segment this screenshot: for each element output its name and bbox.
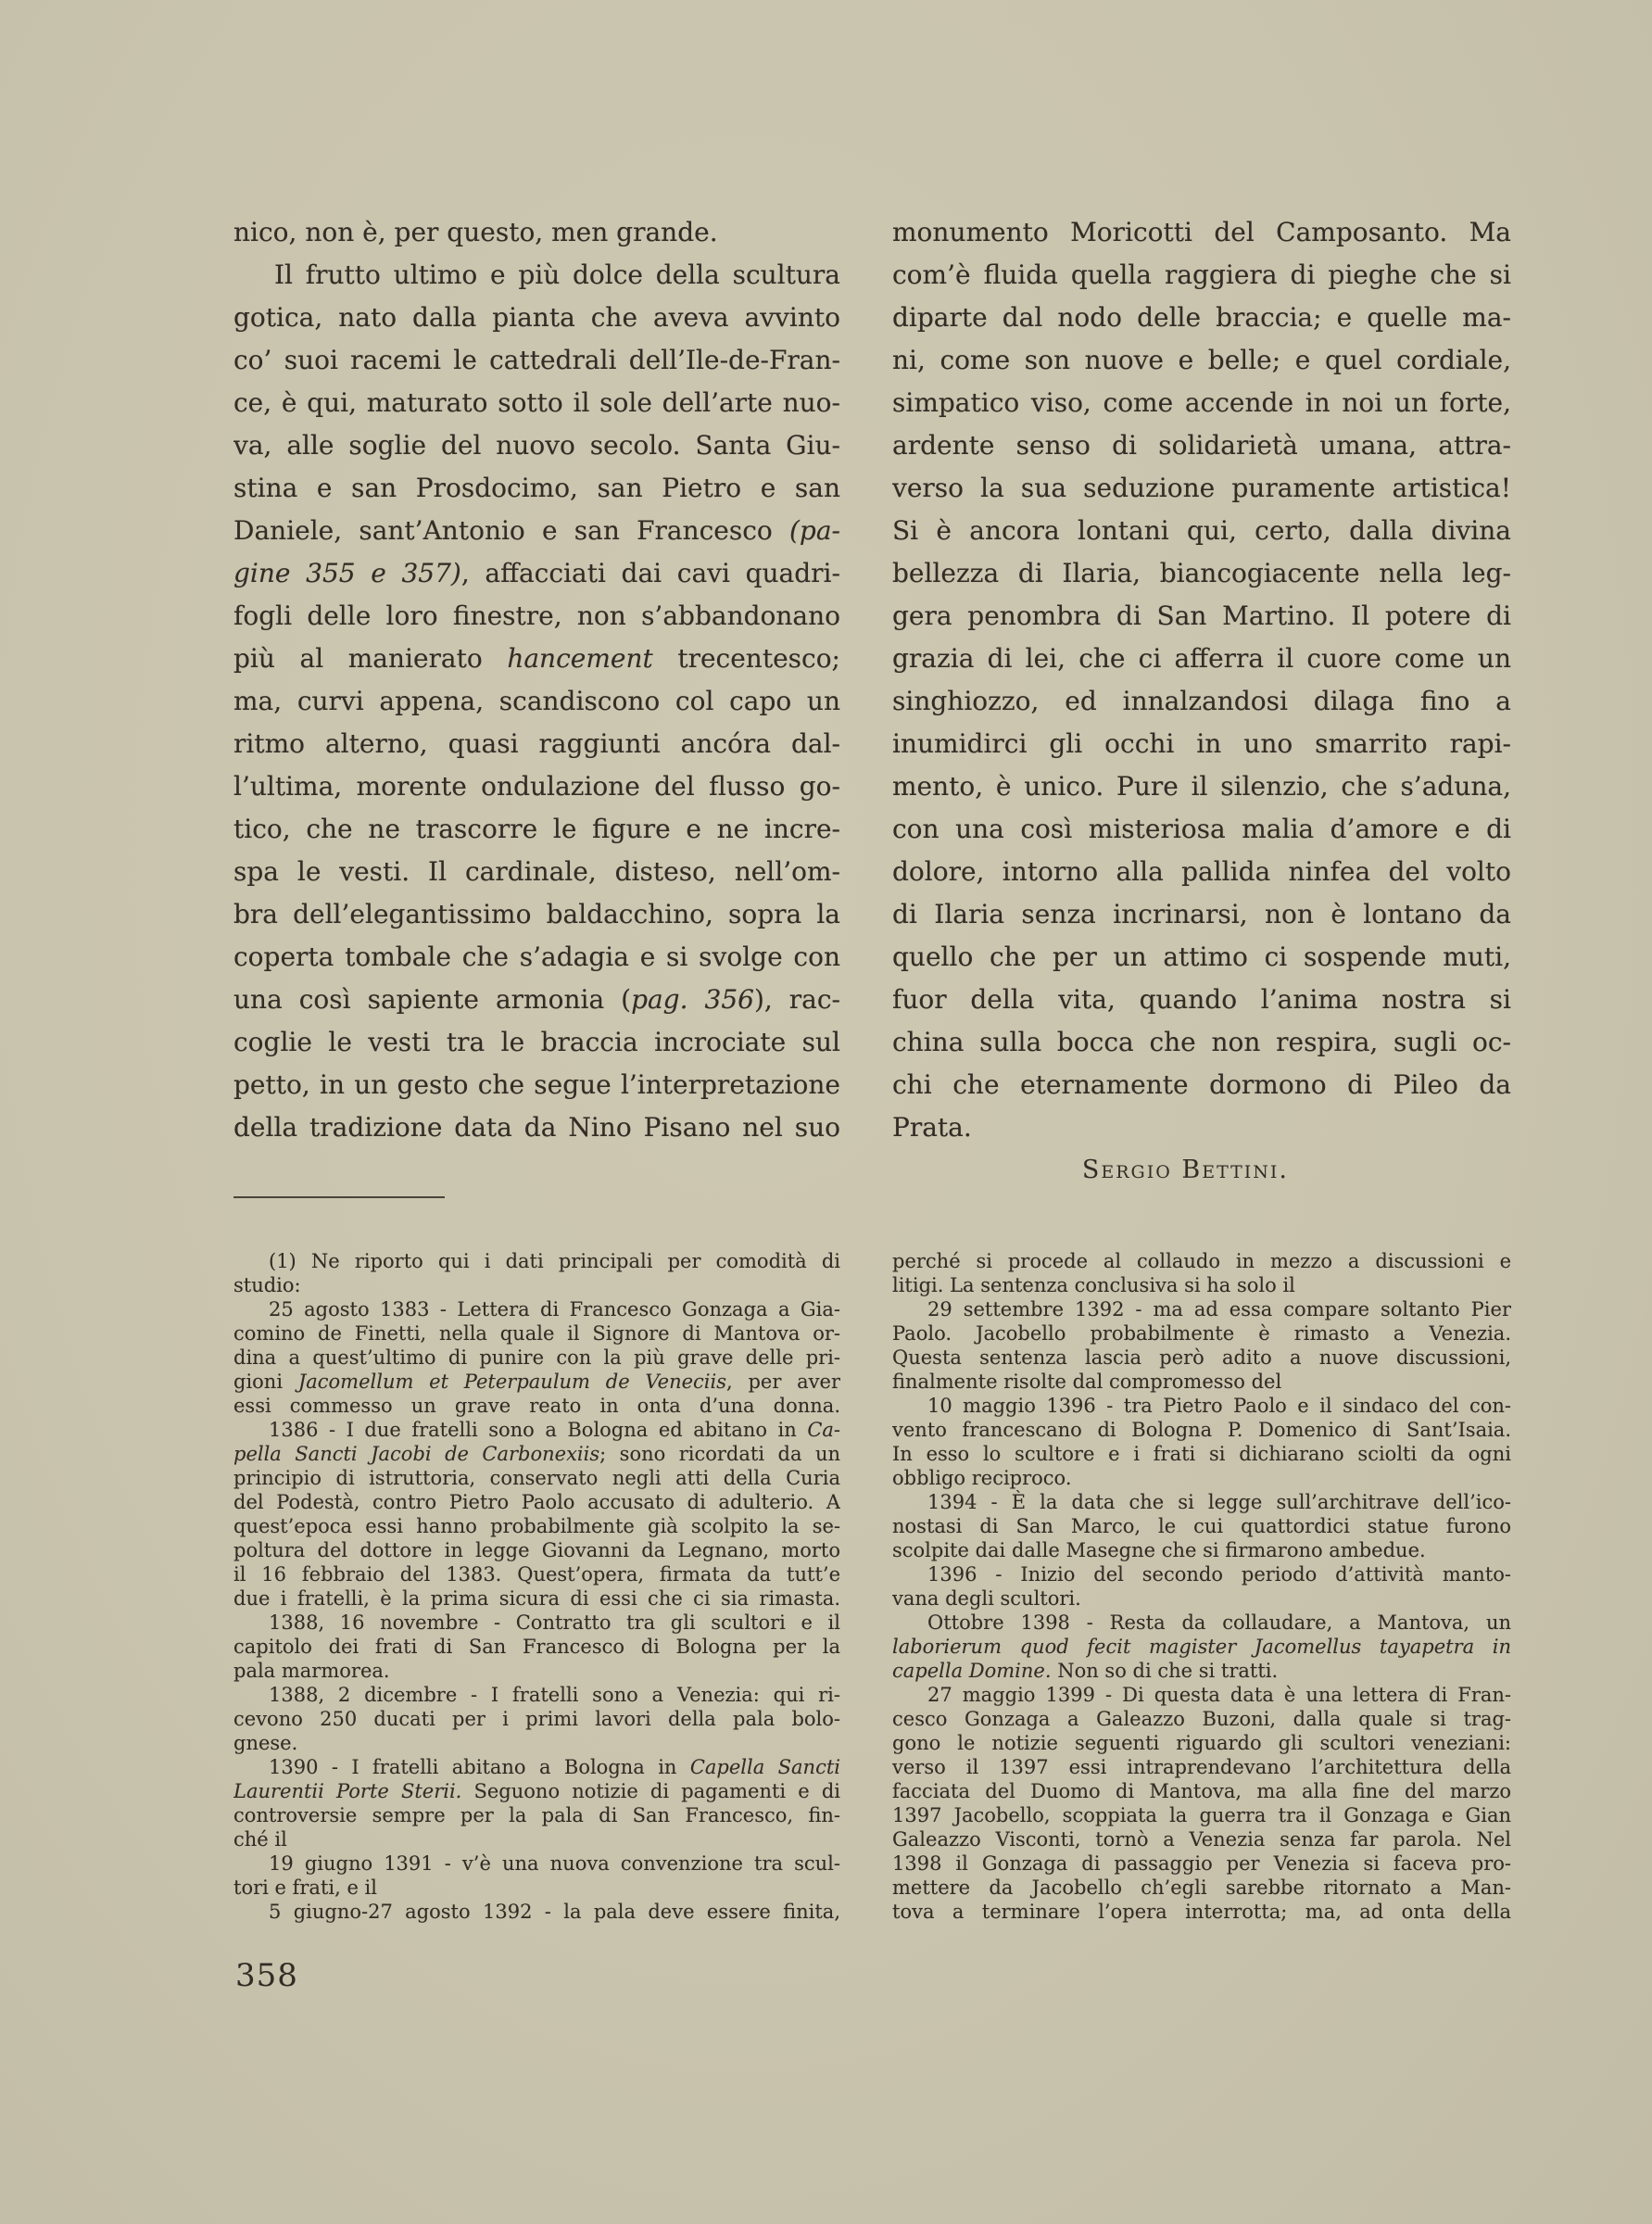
text-segment: Si è ancora lontani qui, certo, dalla di…: [892, 515, 1511, 546]
text-segment: mento, è unico. Pure il silenzio, che s’…: [892, 771, 1511, 802]
text-line: gine 355 e 357), affacciati dai cavi qua…: [233, 552, 840, 595]
text-line: Laurentii Porte Sterii. Seguono notizie …: [233, 1779, 840, 1803]
text-line: Questa sentenza lascia però adito a nuov…: [892, 1346, 1511, 1370]
text-segment: Non so di che si tratti.: [1052, 1660, 1279, 1682]
italic-text: Laurentii Porte Sterii.: [233, 1780, 461, 1802]
text-line: laborierum quod fecit magister Jacomellu…: [892, 1635, 1511, 1659]
text-segment: dolore, intorno alla pallida ninfea del …: [892, 856, 1511, 887]
text-segment: grazia di lei, che ci afferra il cuore c…: [892, 643, 1511, 674]
text-line: il 16 febbraio del 1383. Quest’opera, fi…: [233, 1562, 840, 1586]
italic-text: pag. 356: [631, 984, 754, 1015]
text-segment: tori e frati, e il: [233, 1876, 377, 1899]
text-line: 1394 - È la data che si legge sull’archi…: [892, 1490, 1511, 1514]
text-segment: chi che eternamente dormono di Pileo da: [892, 1069, 1511, 1100]
text-line: ni, come son nuove e belle; e quel cordi…: [892, 339, 1511, 382]
text-line: quello che per un attimo ci sospende mut…: [892, 936, 1511, 979]
text-line: ma, curvi appena, scandiscono col capo u…: [233, 680, 840, 723]
text-line: comino de Finetti, nella quale il Signor…: [233, 1321, 840, 1346]
text-segment: vento francescano di Bologna P. Domenico…: [892, 1419, 1511, 1441]
text-segment: poltura del dottore in legge Giovanni da…: [233, 1539, 840, 1561]
text-line: grazia di lei, che ci afferra il cuore c…: [892, 638, 1511, 680]
text-segment: quello che per un attimo ci sospende mut…: [892, 941, 1511, 972]
text-segment: finalmente risolte dal compromesso del: [892, 1371, 1281, 1393]
text-segment: l’ultima, morente ondulazione del flusso…: [233, 771, 840, 802]
text-line: tori e frati, e il: [233, 1876, 840, 1900]
text-line: ce, è qui, maturato sotto il sole dell’a…: [233, 382, 840, 424]
text-line: ritmo alterno, quasi raggiunti ancóra da…: [233, 723, 840, 765]
text-segment: litigi. La sentenza conclusiva si ha sol…: [892, 1274, 1295, 1296]
text-line: Si è ancora lontani qui, certo, dalla di…: [892, 510, 1511, 552]
text-line: 1398 il Gonzaga di passaggio per Venezia…: [892, 1851, 1511, 1876]
text-segment: coperta tombale che s’adagia e si svolge…: [233, 941, 840, 972]
text-line: va, alle soglie del nuovo secolo. Santa …: [233, 424, 840, 467]
text-segment: comino de Finetti, nella quale il Signor…: [233, 1322, 840, 1345]
text-line: due i fratelli, è la prima sicura di ess…: [233, 1586, 840, 1611]
text-segment: 1397 Jacobello, scoppiata la guerra tra …: [892, 1804, 1511, 1826]
text-segment: fogli delle loro finestre, non s’abbando…: [233, 600, 840, 631]
text-segment: ; sono ricordati da un: [599, 1443, 840, 1465]
text-segment: il 16 febbraio del 1383. Quest’opera, fi…: [233, 1563, 840, 1586]
italic-text: capella Domine.: [892, 1660, 1052, 1682]
text-line: cesco Gonzaga a Galeazzo Buzoni, dalla q…: [892, 1707, 1511, 1731]
text-line: dina a quest’ultimo di punire con la più…: [233, 1346, 840, 1370]
text-line: spa le vesti. Il cardinale, disteso, nel…: [233, 851, 840, 893]
text-line: inumidirci gli occhi in uno smarrito rap…: [892, 723, 1511, 765]
footnote-rule: [233, 1196, 445, 1198]
text-segment: scolpite dai dalle Masegne che si firmar…: [892, 1539, 1426, 1561]
text-segment: studio:: [233, 1274, 301, 1296]
text-segment: con una così misteriosa malia d’amore e …: [892, 814, 1511, 844]
text-segment: china sulla bocca che non respira, sugli…: [892, 1027, 1511, 1057]
text-line: del Podestà, contro Pietro Paolo accusat…: [233, 1490, 840, 1514]
text-line: facciata del Duomo di Mantova, ma alla f…: [892, 1779, 1511, 1803]
text-line: Galeazzo Visconti, tornò a Venezia senza…: [892, 1827, 1511, 1851]
text-segment: Galeazzo Visconti, tornò a Venezia senza…: [892, 1828, 1511, 1851]
text-segment: gnese.: [233, 1732, 297, 1754]
text-segment: 1398 il Gonzaga di passaggio per Venezia…: [892, 1852, 1511, 1875]
author-signature: Sergio Bettini.: [892, 1149, 1511, 1192]
italic-text: (pa-: [789, 515, 840, 546]
text-line: monumento Moricotti del Camposanto. Ma: [892, 211, 1511, 254]
text-line: 10 maggio 1396 - tra Pietro Paolo e il s…: [892, 1394, 1511, 1418]
text-line: obbligo reciproco.: [892, 1466, 1511, 1490]
text-line: gotica, nato dalla pianta che aveva avvi…: [233, 297, 840, 339]
text-segment: , affacciati dai cavi quadri-: [461, 558, 840, 588]
text-segment: , per aver: [726, 1371, 840, 1393]
text-segment: coglie le vesti tra le braccia incrociat…: [233, 1027, 840, 1057]
text-segment: una così sapiente armonia (: [233, 984, 631, 1015]
text-line: fuor della vita, quando l’anima nostra s…: [892, 979, 1511, 1021]
italic-text: gine 355 e 357): [233, 558, 461, 588]
italic-text: Capella Sancti: [690, 1756, 840, 1778]
text-segment: quest’epoca essi hanno probabilmente già…: [233, 1515, 840, 1537]
text-line: com’è fluida quella raggiera di pieghe c…: [892, 254, 1511, 297]
text-line: 27 maggio 1399 - Di questa data è una le…: [892, 1683, 1511, 1707]
text-segment: Daniele, sant’Antonio e san Francesco: [233, 515, 789, 546]
text-line: scolpite dai dalle Masegne che si firmar…: [892, 1538, 1511, 1562]
text-segment: simpatico viso, come accende in noi un f…: [892, 387, 1511, 418]
text-segment: due i fratelli, è la prima sicura di ess…: [233, 1587, 840, 1610]
italic-text: laborierum quod fecit magister Jacomellu…: [892, 1636, 1511, 1658]
text-segment: Seguono notizie di pagamenti e di: [461, 1780, 840, 1802]
text-segment: ni, come son nuove e belle; e quel cordi…: [892, 345, 1511, 375]
italic-text: Jacomellum et Peterpaulum de Veneciis: [298, 1371, 726, 1393]
text-line: controversie sempre per la pala di San F…: [233, 1803, 840, 1827]
text-line: cevono 250 ducati per i primi lavori del…: [233, 1707, 840, 1731]
text-segment: capitolo dei frati di San Francesco di B…: [233, 1636, 840, 1658]
text-segment: dina a quest’ultimo di punire con la più…: [233, 1346, 840, 1369]
text-line: l’ultima, morente ondulazione del flusso…: [233, 765, 840, 808]
text-segment: essi commesso un grave reato in onta d’u…: [233, 1395, 840, 1417]
text-segment: facciata del Duomo di Mantova, ma alla f…: [892, 1780, 1511, 1802]
text-line: tico, che ne trascorre le figure e ne in…: [233, 808, 840, 851]
text-segment: Paolo. Jacobello probabilmente è rimasto…: [892, 1322, 1511, 1345]
text-segment: tova a terminare l’opera interrotta; ma,…: [892, 1901, 1511, 1923]
text-segment: 5 giugno-27 agosto 1392 - la pala deve e…: [269, 1901, 840, 1923]
text-line: Paolo. Jacobello probabilmente è rimasto…: [892, 1321, 1511, 1346]
text-line: più al manierato hancement trecentesco;: [233, 638, 840, 680]
text-line: 1390 - I fratelli abitano a Bologna in C…: [233, 1755, 840, 1779]
text-line: poltura del dottore in legge Giovanni da…: [233, 1538, 840, 1562]
text-line: vana degli scultori.: [892, 1586, 1511, 1611]
text-line: Il frutto ultimo e più dolce della scult…: [233, 254, 840, 297]
text-segment: controversie sempre per la pala di San F…: [233, 1804, 840, 1826]
text-line: con una così misteriosa malia d’amore e …: [892, 808, 1511, 851]
text-line: pella Sancti Jacobi de Carbonexiis; sono…: [233, 1442, 840, 1466]
text-segment: Ottobre 1398 - Resta da collaudare, a Ma…: [927, 1611, 1511, 1634]
text-line: una così sapiente armonia (pag. 356), ra…: [233, 979, 840, 1021]
footnote-column-left: (1) Ne riporto qui i dati principali per…: [233, 1249, 840, 1924]
text-line: 1397 Jacobello, scoppiata la guerra tra …: [892, 1803, 1511, 1827]
text-segment: 27 maggio 1399 - Di questa data è una le…: [927, 1684, 1511, 1706]
text-line: 1386 - I due fratelli sono a Bologna ed …: [233, 1418, 840, 1442]
text-line: singhiozzo, ed innalzandosi dilaga fino …: [892, 680, 1511, 723]
text-line: ardente senso di solidarietà umana, attr…: [892, 424, 1511, 467]
article-column-right: monumento Moricotti del Camposanto. Maco…: [892, 211, 1511, 1192]
text-segment: 1388, 2 dicembre - I fratelli sono a Ven…: [269, 1684, 840, 1706]
text-line: chi che eternamente dormono di Pileo da: [892, 1064, 1511, 1106]
footnotes-section: (1) Ne riporto qui i dati principali per…: [233, 1249, 1511, 1924]
text-segment: cevono 250 ducati per i primi lavori del…: [233, 1708, 840, 1730]
text-line: 29 settembre 1392 - ma ad essa compare s…: [892, 1297, 1511, 1321]
text-segment: del Podestà, contro Pietro Paolo accusat…: [233, 1491, 840, 1513]
text-line: Daniele, sant’Antonio e san Francesco (p…: [233, 510, 840, 552]
text-segment: ritmo alterno, quasi raggiunti ancóra da…: [233, 728, 840, 759]
text-segment: gera penombra di San Martino. Il potere …: [892, 600, 1511, 631]
text-line: perché si procede al collaudo in mezzo a…: [892, 1249, 1511, 1273]
text-segment: monumento Moricotti del Camposanto. Ma: [892, 217, 1511, 247]
text-segment: perché si procede al collaudo in mezzo a…: [892, 1250, 1511, 1272]
text-segment: diparte dal nodo delle braccia; e quelle…: [892, 302, 1511, 333]
text-line: 1388, 2 dicembre - I fratelli sono a Ven…: [233, 1683, 840, 1707]
text-segment: bellezza di Ilaria, biancogiacente nella…: [892, 558, 1511, 588]
text-line: quest’epoca essi hanno probabilmente già…: [233, 1514, 840, 1538]
text-line: nico, non è, per questo, men grande.: [233, 211, 840, 254]
text-line: mento, è unico. Pure il silenzio, che s’…: [892, 765, 1511, 808]
text-line: bellezza di Ilaria, biancogiacente nella…: [892, 552, 1511, 595]
text-segment: trecentesco;: [653, 643, 840, 674]
text-segment: petto, in un gesto che segue l’interpret…: [233, 1069, 840, 1100]
page-number: 358: [235, 1957, 298, 1994]
text-segment: 25 agosto 1383 - Lettera di Francesco Go…: [269, 1298, 840, 1320]
text-line: vento francescano di Bologna P. Domenico…: [892, 1418, 1511, 1442]
text-line: capitolo dei frati di San Francesco di B…: [233, 1635, 840, 1659]
text-line: gioni Jacomellum et Peterpaulum de Venec…: [233, 1370, 840, 1394]
text-line: litigi. La sentenza conclusiva si ha sol…: [892, 1273, 1511, 1297]
italic-text: hancement: [507, 643, 652, 674]
text-line: In esso lo scultore e i frati si dichiar…: [892, 1442, 1511, 1466]
text-segment: obbligo reciproco.: [892, 1467, 1072, 1489]
text-line: verso la sua seduzione puramente artisti…: [892, 467, 1511, 510]
text-line: della tradizione data da Nino Pisano nel…: [233, 1106, 840, 1149]
text-segment: com’è fluida quella raggiera di pieghe c…: [892, 259, 1511, 290]
text-line: dolore, intorno alla pallida ninfea del …: [892, 851, 1511, 893]
text-segment: fuor della vita, quando l’anima nostra s…: [892, 984, 1511, 1015]
text-segment: bra dell’elegantissimo baldacchino, sopr…: [233, 899, 840, 929]
text-segment: nostasi di San Marco, le cui quattordici…: [892, 1515, 1511, 1537]
text-segment: ma, curvi appena, scandiscono col capo u…: [233, 686, 840, 716]
article-column-left: nico, non è, per questo, men grande.Il f…: [233, 211, 840, 1192]
text-segment: tico, che ne trascorre le figure e ne in…: [233, 814, 840, 844]
italic-text: Ca-: [807, 1419, 840, 1441]
text-segment: ché il: [233, 1828, 287, 1851]
text-line: gnese.: [233, 1731, 840, 1755]
text-line: simpatico viso, come accende in noi un f…: [892, 382, 1511, 424]
text-segment: 29 settembre 1392 - ma ad essa compare s…: [927, 1298, 1511, 1320]
text-segment: inumidirci gli occhi in uno smarrito rap…: [892, 728, 1511, 759]
text-segment: In esso lo scultore e i frati si dichiar…: [892, 1443, 1511, 1465]
text-segment: gotica, nato dalla pianta che aveva avvi…: [233, 302, 840, 333]
text-line: diparte dal nodo delle braccia; e quelle…: [892, 297, 1511, 339]
text-segment: 1396 - Inizio del secondo periodo d’atti…: [927, 1563, 1511, 1586]
text-segment: 19 giugno 1391 - v’è una nuova convenzio…: [269, 1852, 840, 1875]
text-line: stina e san Prosdocimo, san Pietro e san: [233, 467, 840, 510]
text-line: 5 giugno-27 agosto 1392 - la pala deve e…: [233, 1900, 840, 1924]
text-segment: singhiozzo, ed innalzandosi dilaga fino …: [892, 686, 1511, 716]
text-segment: (1) Ne riporto qui i dati principali per…: [269, 1250, 840, 1272]
text-line: co’ suoi racemi le cattedrali dell’Ile-d…: [233, 339, 840, 382]
text-line: mettere da Jacobello ch’egli sarebbe rit…: [892, 1876, 1511, 1900]
text-line: china sulla bocca che non respira, sugli…: [892, 1021, 1511, 1064]
text-segment: della tradizione data da Nino Pisano nel…: [233, 1112, 840, 1143]
text-line: 1396 - Inizio del secondo periodo d’atti…: [892, 1562, 1511, 1586]
text-segment: Prata.: [892, 1112, 972, 1143]
text-segment: vana degli scultori.: [892, 1587, 1081, 1610]
text-segment: ce, è qui, maturato sotto il sole dell’a…: [233, 387, 840, 418]
text-segment: co’ suoi racemi le cattedrali dell’Ile-d…: [233, 345, 840, 375]
text-line: gera penombra di San Martino. Il potere …: [892, 595, 1511, 638]
text-line: 25 agosto 1383 - Lettera di Francesco Go…: [233, 1297, 840, 1321]
text-segment: cesco Gonzaga a Galeazzo Buzoni, dalla q…: [892, 1708, 1511, 1730]
text-line: bra dell’elegantissimo baldacchino, sopr…: [233, 893, 840, 936]
text-line: tova a terminare l’opera interrotta; ma,…: [892, 1900, 1511, 1924]
text-line: gono le notizie seguenti riguardo gli sc…: [892, 1731, 1511, 1755]
text-segment: di Ilaria senza incrinarsi, non è lontan…: [892, 899, 1511, 929]
text-segment: ardente senso di solidarietà umana, attr…: [892, 430, 1511, 461]
text-line: (1) Ne riporto qui i dati principali per…: [233, 1249, 840, 1273]
text-line: 19 giugno 1391 - v’è una nuova convenzio…: [233, 1851, 840, 1876]
text-segment: ), rac-: [754, 984, 840, 1015]
text-segment: Questa sentenza lascia però adito a nuov…: [892, 1346, 1511, 1369]
book-page: nico, non è, per questo, men grande.Il f…: [0, 0, 1652, 2224]
italic-text: pella Sancti Jacobi de Carbonexiis: [233, 1443, 599, 1465]
text-line: coglie le vesti tra le braccia incrociat…: [233, 1021, 840, 1064]
text-line: studio:: [233, 1273, 840, 1297]
text-segment: gioni: [233, 1371, 298, 1393]
text-line: essi commesso un grave reato in onta d’u…: [233, 1394, 840, 1418]
text-segment: pala marmorea.: [233, 1660, 390, 1682]
text-line: capella Domine. Non so di che si tratti.: [892, 1659, 1511, 1683]
text-segment: 10 maggio 1396 - tra Pietro Paolo e il s…: [927, 1395, 1511, 1417]
text-segment: più al manierato: [233, 643, 507, 674]
text-line: pala marmorea.: [233, 1659, 840, 1683]
text-segment: principio di istruttoria, conservato neg…: [233, 1467, 840, 1489]
text-line: Ottobre 1398 - Resta da collaudare, a Ma…: [892, 1611, 1511, 1635]
text-line: ché il: [233, 1827, 840, 1851]
text-line: coperta tombale che s’adagia e si svolge…: [233, 936, 840, 979]
text-segment: va, alle soglie del nuovo secolo. Santa …: [233, 430, 840, 461]
text-line: fogli delle loro finestre, non s’abbando…: [233, 595, 840, 638]
text-segment: mettere da Jacobello ch’egli sarebbe rit…: [892, 1876, 1511, 1899]
text-segment: nico, non è, per questo, men grande.: [233, 217, 718, 247]
text-segment: stina e san Prosdocimo, san Pietro e san: [233, 473, 840, 503]
text-segment: 1388, 16 novembre - Contratto tra gli sc…: [269, 1611, 840, 1634]
footnote-column-right: perché si procede al collaudo in mezzo a…: [892, 1249, 1511, 1924]
text-segment: Il frutto ultimo e più dolce della scult…: [274, 259, 840, 290]
text-segment: 1390 - I fratelli abitano a Bologna in: [269, 1756, 690, 1778]
text-line: verso il 1397 essi intraprendevano l’arc…: [892, 1755, 1511, 1779]
text-line: petto, in un gesto che segue l’interpret…: [233, 1064, 840, 1106]
text-line: nostasi di San Marco, le cui quattordici…: [892, 1514, 1511, 1538]
text-line: Prata.: [892, 1106, 1511, 1149]
text-line: di Ilaria senza incrinarsi, non è lontan…: [892, 893, 1511, 936]
text-segment: 1394 - È la data che si legge sull’archi…: [927, 1491, 1511, 1513]
text-segment: verso la sua seduzione puramente artisti…: [892, 473, 1511, 503]
text-line: finalmente risolte dal compromesso del: [892, 1370, 1511, 1394]
text-line: 1388, 16 novembre - Contratto tra gli sc…: [233, 1611, 840, 1635]
text-segment: 1386 - I due fratelli sono a Bologna ed …: [269, 1419, 807, 1441]
text-segment: gono le notizie seguenti riguardo gli sc…: [892, 1732, 1511, 1754]
article-body: nico, non è, per questo, men grande.Il f…: [233, 211, 1511, 1192]
text-line: principio di istruttoria, conservato neg…: [233, 1466, 840, 1490]
text-segment: verso il 1397 essi intraprendevano l’arc…: [892, 1756, 1511, 1778]
text-segment: spa le vesti. Il cardinale, disteso, nel…: [233, 856, 840, 887]
